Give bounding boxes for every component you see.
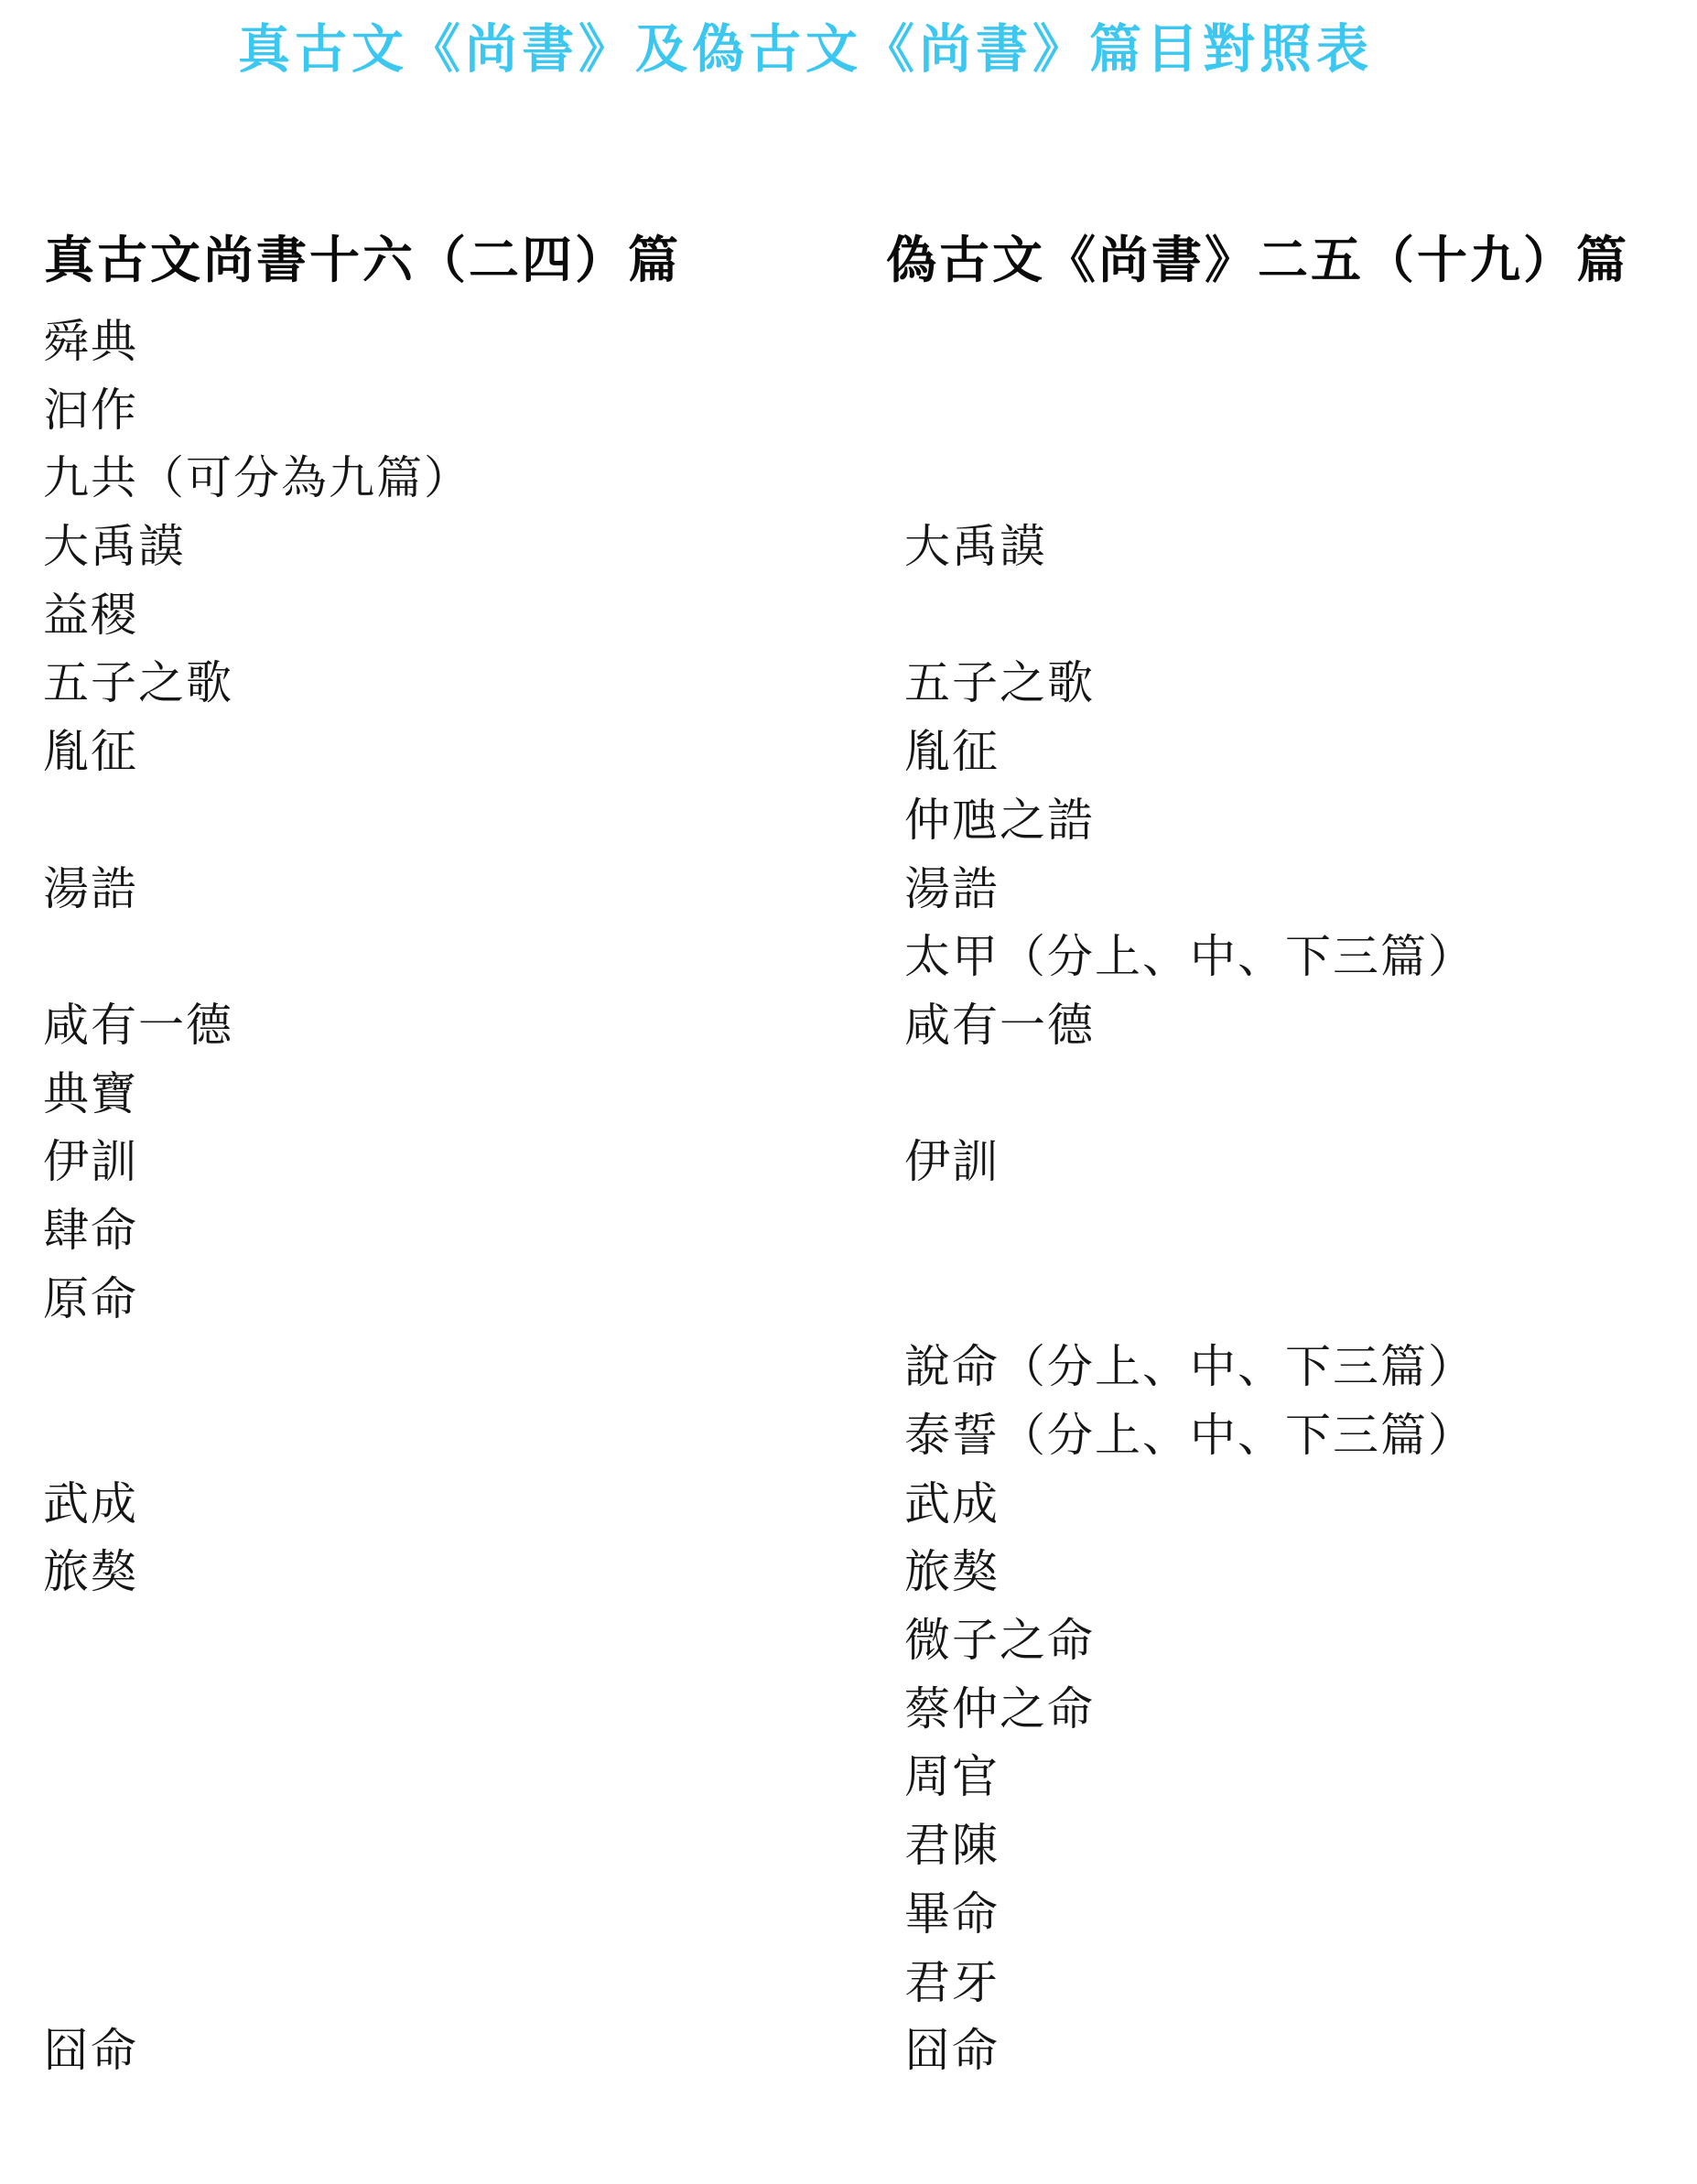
table-row: 典寶 bbox=[0, 1060, 1697, 1129]
table-row: 微子之命 bbox=[0, 1606, 1697, 1675]
forged-chapter-cell: 君牙 bbox=[904, 1949, 1000, 2017]
authentic-chapter-cell: 咸有一德 bbox=[43, 991, 233, 1060]
forged-chapter-cell: 武成 bbox=[904, 1470, 1000, 1539]
forged-chapter-cell: 伊訓 bbox=[904, 1128, 1000, 1196]
authentic-chapter-cell: 旅獒 bbox=[43, 1538, 138, 1606]
page-title: 真古文《尚書》及偽古文《尚書》篇目對照表 bbox=[0, 7, 1611, 82]
authentic-chapter-cell: 原命 bbox=[43, 1265, 138, 1334]
table-row: 伊訓伊訓 bbox=[0, 1128, 1697, 1196]
table-row: 囧命囧命 bbox=[0, 2016, 1697, 2085]
column-header-forged: 偽古文《尚書》二五（十九）篇 bbox=[886, 220, 1629, 292]
table-row: 五子之歌五子之歌 bbox=[0, 649, 1697, 718]
authentic-chapter-cell: 囧命 bbox=[43, 2016, 138, 2085]
forged-chapter-cell: 太甲（分上、中、下三篇） bbox=[904, 923, 1475, 991]
table-row: 咸有一德咸有一德 bbox=[0, 991, 1697, 1060]
document-page: 真古文《尚書》及偽古文《尚書》篇目對照表 真古文尚書十六（二四）篇 偽古文《尚書… bbox=[0, 0, 1697, 2184]
forged-chapter-cell: 湯誥 bbox=[904, 855, 1000, 924]
table-row: 說命（分上、中、下三篇） bbox=[0, 1333, 1697, 1401]
forged-chapter-cell: 君陳 bbox=[904, 1811, 1000, 1880]
forged-chapter-cell: 微子之命 bbox=[904, 1606, 1095, 1675]
table-row: 益稷 bbox=[0, 581, 1697, 650]
authentic-chapter-cell: 大禹謨 bbox=[43, 513, 186, 581]
table-row: 汩作 bbox=[0, 376, 1697, 445]
forged-chapter-cell: 旅獒 bbox=[904, 1538, 1000, 1606]
table-row: 旅獒旅獒 bbox=[0, 1538, 1697, 1606]
table-row: 舜典 bbox=[0, 308, 1697, 376]
authentic-chapter-cell: 肆命 bbox=[43, 1196, 138, 1265]
forged-chapter-cell: 五子之歌 bbox=[904, 649, 1095, 718]
comparison-table: 舜典汩作九共（可分為九篇）大禹謨大禹謨益稷五子之歌五子之歌胤征胤征仲虺之誥湯誥湯… bbox=[0, 308, 1697, 2085]
table-row: 太甲（分上、中、下三篇） bbox=[0, 923, 1697, 991]
forged-chapter-cell: 仲虺之誥 bbox=[904, 786, 1095, 855]
forged-chapter-cell: 周官 bbox=[904, 1743, 1000, 1811]
forged-chapter-cell: 畢命 bbox=[904, 1880, 1000, 1949]
authentic-chapter-cell: 舜典 bbox=[43, 308, 138, 376]
column-header-authentic: 真古文尚書十六（二四）篇 bbox=[44, 220, 681, 292]
table-row: 武成武成 bbox=[0, 1470, 1697, 1539]
authentic-chapter-cell: 五子之歌 bbox=[43, 649, 233, 718]
forged-chapter-cell: 胤征 bbox=[904, 718, 1000, 786]
table-row: 泰誓（分上、中、下三篇） bbox=[0, 1401, 1697, 1470]
forged-chapter-cell: 泰誓（分上、中、下三篇） bbox=[904, 1401, 1475, 1470]
table-row: 畢命 bbox=[0, 1880, 1697, 1949]
forged-chapter-cell: 大禹謨 bbox=[904, 513, 1047, 581]
authentic-chapter-cell: 九共（可分為九篇） bbox=[43, 444, 471, 513]
authentic-chapter-cell: 伊訓 bbox=[43, 1128, 138, 1196]
table-row: 周官 bbox=[0, 1743, 1697, 1811]
forged-chapter-cell: 囧命 bbox=[904, 2016, 1000, 2085]
column-headers: 真古文尚書十六（二四）篇 偽古文《尚書》二五（十九）篇 bbox=[0, 220, 1697, 293]
authentic-chapter-cell: 武成 bbox=[43, 1470, 138, 1539]
authentic-chapter-cell: 湯誥 bbox=[43, 855, 138, 924]
forged-chapter-cell: 咸有一德 bbox=[904, 991, 1095, 1060]
authentic-chapter-cell: 胤征 bbox=[43, 718, 138, 786]
table-row: 君陳 bbox=[0, 1811, 1697, 1880]
table-row: 湯誥湯誥 bbox=[0, 855, 1697, 924]
authentic-chapter-cell: 典寶 bbox=[43, 1060, 138, 1129]
authentic-chapter-cell: 汩作 bbox=[43, 376, 138, 445]
table-row: 君牙 bbox=[0, 1949, 1697, 2017]
table-row: 肆命 bbox=[0, 1196, 1697, 1265]
table-row: 仲虺之誥 bbox=[0, 786, 1697, 855]
table-row: 九共（可分為九篇） bbox=[0, 444, 1697, 513]
table-row: 大禹謨大禹謨 bbox=[0, 513, 1697, 581]
table-row: 胤征胤征 bbox=[0, 718, 1697, 786]
forged-chapter-cell: 蔡仲之命 bbox=[904, 1675, 1095, 1744]
table-row: 原命 bbox=[0, 1265, 1697, 1334]
forged-chapter-cell: 說命（分上、中、下三篇） bbox=[904, 1333, 1475, 1401]
authentic-chapter-cell: 益稷 bbox=[43, 581, 138, 650]
table-row: 蔡仲之命 bbox=[0, 1675, 1697, 1744]
